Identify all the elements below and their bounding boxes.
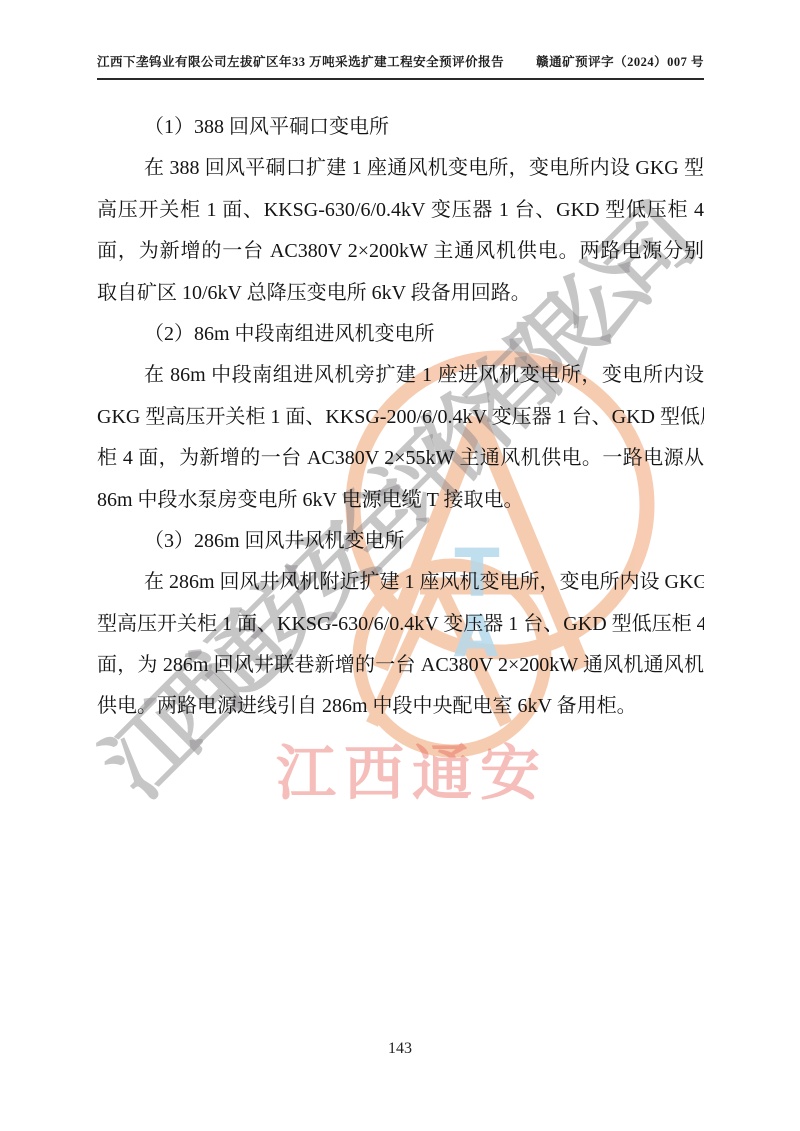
- document-body: （1）388 回风平硐口变电所 在 388 回风平硐口扩建 1 座通风机变电所，…: [97, 107, 704, 728]
- header-report-title: 江西下垄钨业有限公司左拔矿区年33 万吨采选扩建工程安全预评价报告: [97, 52, 504, 70]
- text-line: 型高压开关柜 1 面、KKSG-630/6/0.4kV 变压器 1 台、GKD …: [97, 604, 704, 645]
- text-line: 在 286m 回风井风机附近扩建 1 座风机变电所，变电所内设 GKG: [97, 562, 704, 603]
- text-line: 在 388 回风平硐口扩建 1 座通风机变电所，变电所内设 GKG 型: [97, 148, 704, 189]
- page-content: 江西下垄钨业有限公司左拔矿区年33 万吨采选扩建工程安全预评价报告 赣通矿预评字…: [0, 0, 800, 728]
- text-line: 在 86m 中段南组进风机旁扩建 1 座进风机变电所，变电所内设: [97, 355, 704, 396]
- brand-watermark-text: 江西通安: [276, 726, 548, 812]
- text-line: 取自矿区 10/6kV 总降压变电所 6kV 段备用回路。: [97, 273, 704, 314]
- text-line: GKG 型高压开关柜 1 面、KKSG-200/6/0.4kV 变压器 1 台、…: [97, 397, 704, 438]
- page-number: 143: [0, 1040, 800, 1058]
- header-document-number: 赣通矿预评字（2024）007 号: [536, 52, 704, 70]
- text-line: 柜 4 面，为新增的一台 AC380V 2×55kW 主通风机供电。一路电源从: [97, 438, 704, 479]
- section-heading: （2）86m 中段南组进风机变电所: [97, 314, 704, 355]
- section-heading: （1）388 回风平硐口变电所: [97, 107, 704, 148]
- page-header: 江西下垄钨业有限公司左拔矿区年33 万吨采选扩建工程安全预评价报告 赣通矿预评字…: [97, 0, 704, 80]
- text-line: 面，为 286m 回风井联巷新增的一台 AC380V 2×200kW 通风机通风…: [97, 645, 704, 686]
- text-line: 高压开关柜 1 面、KKSG-630/6/0.4kV 变压器 1 台、GKD 型…: [97, 190, 704, 231]
- document-page: T A 江西通安安全评价有限公司 江西通安 江西下垄钨业有限公司左拔矿区年33 …: [0, 0, 800, 1131]
- text-line: 面，为新增的一台 AC380V 2×200kW 主通风机供电。两路电源分别: [97, 231, 704, 272]
- text-line: 供电。两路电源进线引自 286m 中段中央配电室 6kV 备用柜。: [97, 686, 704, 727]
- section-heading: （3）286m 回风井风机变电所: [97, 521, 704, 562]
- text-line: 86m 中段水泵房变电所 6kV 电源电缆 T 接取电。: [97, 480, 704, 521]
